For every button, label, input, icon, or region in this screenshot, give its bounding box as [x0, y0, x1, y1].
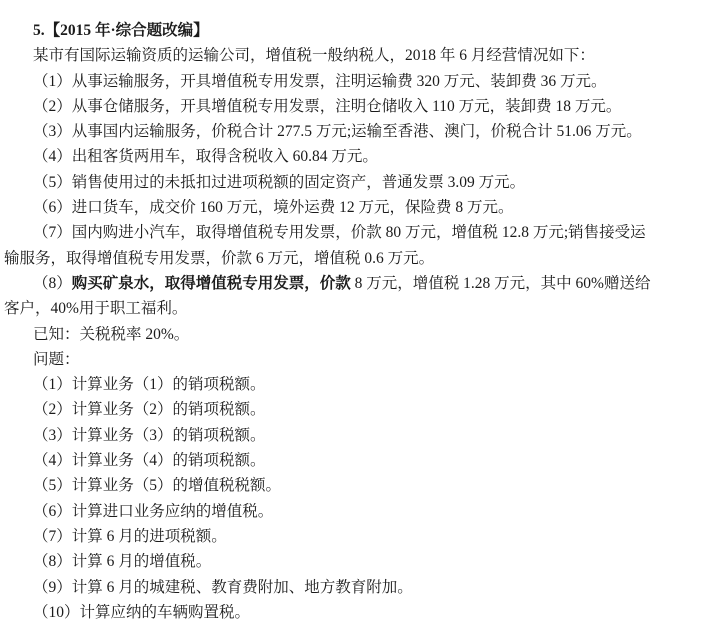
fact-item-4: （4）出租客货两用车，取得含税收入 60.84 万元。: [4, 144, 695, 169]
fact-item-8-line-1: （8）购买矿泉水，取得增值税专用发票，价款 8 万元，增值税 1.28 万元，其…: [4, 271, 695, 296]
fact-item-7-line-1: （7）国内购进小汽车，取得增值税专用发票，价款 80 万元，增值税 12.8 万…: [4, 220, 695, 245]
fact-item-2: （2）从事仓储服务，开具增值税专用发票，注明仓储收入 110 万元，装卸费 18…: [4, 94, 695, 119]
question-8: （8）计算 6 月的增值税。: [4, 549, 695, 574]
fact-item-3: （3）从事国内运输服务，价税合计 277.5 万元;运输至香港、澳门，价税合计 …: [4, 119, 695, 144]
question-10: （10）计算应纳的车辆购置税。: [4, 600, 695, 625]
fact-8-rest-text: 8 万元，增值税 1.28 万元，其中 60%赠送给: [351, 275, 651, 292]
question-2: （2）计算业务（2）的销项税额。: [4, 397, 695, 422]
fact-8-number: （8）: [33, 275, 72, 292]
fact-item-1: （1）从事运输服务，开具增值税专用发票，注明运输费 320 万元、装卸费 36 …: [4, 69, 695, 94]
fact-item-5: （5）销售使用过的未抵扣过进项税额的固定资产，普通发票 3.09 万元。: [4, 170, 695, 195]
question-4: （4）计算业务（4）的销项税额。: [4, 448, 695, 473]
question-1: （1）计算业务（1）的销项税额。: [4, 372, 695, 397]
question-5: （5）计算业务（5）的增值税税额。: [4, 473, 695, 498]
question-6: （6）计算进口业务应纳的增值税。: [4, 499, 695, 524]
fact-8-bold-text: 购买矿泉水，取得增值税专用发票，价款: [72, 275, 351, 292]
problem-title: 5.【2015 年·综合题改编】: [4, 18, 695, 43]
problem-intro: 某市有国际运输资质的运输公司，增值税一般纳税人，2018 年 6 月经营情况如下…: [4, 43, 695, 68]
question-7: （7）计算 6 月的进项税额。: [4, 524, 695, 549]
document-page: 5.【2015 年·综合题改编】 某市有国际运输资质的运输公司，增值税一般纳税人…: [0, 0, 701, 626]
question-3: （3）计算业务（3）的销项税额。: [4, 423, 695, 448]
known-info: 已知：关税税率 20%。: [4, 322, 695, 347]
question-9: （9）计算 6 月的城建税、教育费附加、地方教育附加。: [4, 575, 695, 600]
fact-item-6: （6）进口货车，成交价 160 万元，境外运费 12 万元，保险费 8 万元。: [4, 195, 695, 220]
fact-item-7-line-2: 输服务，取得增值税专用发票，价款 6 万元，增值税 0.6 万元。: [4, 246, 695, 271]
questions-label: 问题：: [4, 347, 695, 372]
fact-item-8-line-2: 客户，40%用于职工福利。: [4, 296, 695, 321]
